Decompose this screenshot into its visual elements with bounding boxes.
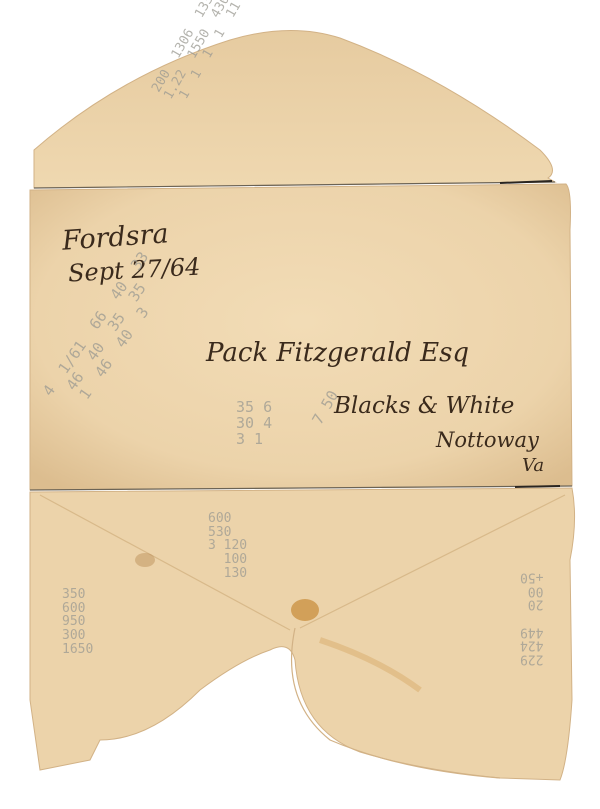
- pencil-figures-bottom-right: 229 424 449 20 00 +50: [520, 570, 543, 665]
- address-line3: Nottoway: [436, 428, 539, 452]
- pencil-figures-bottom-center: 600 530 3 120 100 130: [208, 512, 247, 580]
- top-flap: [34, 30, 555, 188]
- address-name: Pack Fitzgerald Esq: [206, 338, 469, 368]
- address-line2: Blacks & White: [334, 393, 514, 419]
- envelope-photo: Fordsra Sept 27/64 Pack Fitzgerald Esq B…: [0, 0, 600, 809]
- pencil-figures-bottom-left: 350 600 950 300 1650: [62, 588, 93, 656]
- pencil-figures-middle-center: 35 6 30 4 3 1: [236, 400, 272, 447]
- address-line4: Va: [522, 455, 544, 476]
